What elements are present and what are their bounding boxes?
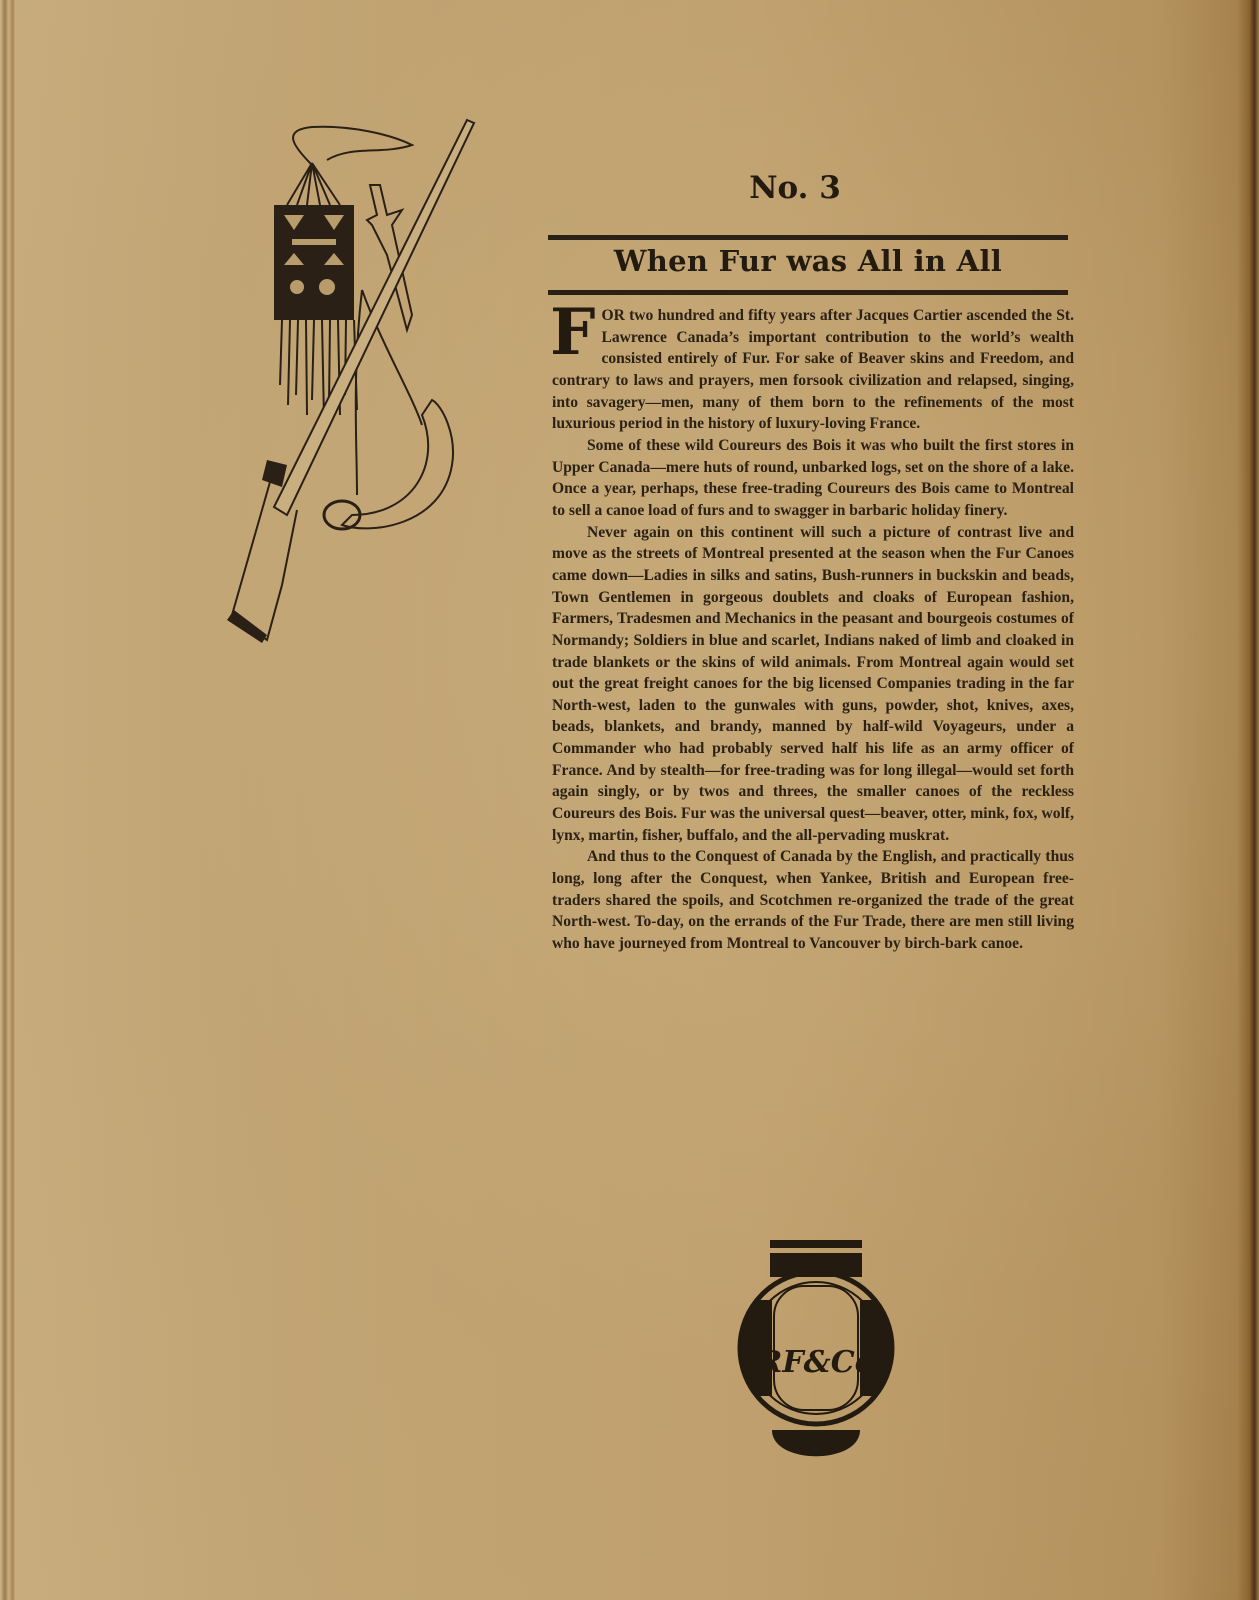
article-body: FOR two hundred and fifty years after Ja… [552,305,1074,955]
company-monogram-logo: RF&Co [730,1240,900,1480]
title-rule-top [548,235,1068,240]
logo-monogram-text: RF&Co [756,1345,874,1380]
title-rule-bottom [548,290,1068,295]
article-paragraph: Never again on this continent will such … [552,522,1074,847]
article-paragraph: And thus to the Conquest of Canada by th… [552,846,1074,954]
page-right-edge [1237,0,1259,1600]
trade-goods-illustration [212,115,482,665]
article-paragraph: Some of these wild Coureurs des Bois it … [552,435,1074,522]
issue-number: No. 3 [540,170,1050,206]
page-binding-edge [0,0,16,1600]
article-title: When Fur was All in All [548,244,1068,278]
paragraph-text: OR two hundred and fifty years after Jac… [552,307,1074,432]
drop-cap: F [550,307,595,359]
article-paragraph: FOR two hundred and fifty years after Ja… [552,305,1074,435]
